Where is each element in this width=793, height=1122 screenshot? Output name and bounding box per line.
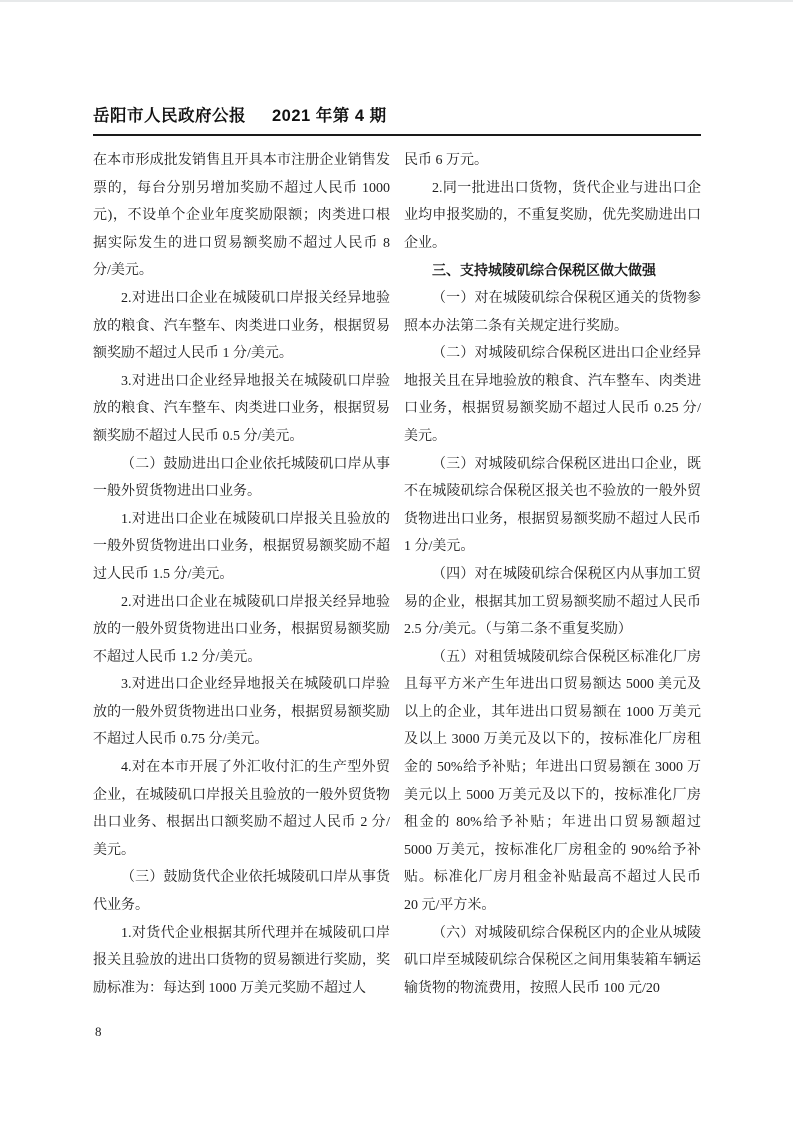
gazette-issue: 2021 年第 4 期 <box>272 107 387 125</box>
body-paragraph: 3.对进出口企业经异地报关在城陵矶口岸验放的粮食、汽车整车、肉类进口业务，根据贸… <box>93 368 390 451</box>
body-paragraph: 1.对货代企业根据其所代理并在城陵矶口岸报关且验放的进出口货物的贸易额进行奖励，… <box>93 920 390 1003</box>
body-paragraph: （二）鼓励进出口企业依托城陵矶口岸从事一般外贸货物进出口业务。 <box>93 451 390 506</box>
gazette-page: 岳阳市人民政府公报2021 年第 4 期 在本市形成批发销售且开具本市注册企业销… <box>0 0 793 1122</box>
body-paragraph: 民币 6 万元。 <box>404 147 701 175</box>
body-paragraph: 4.对在本市开展了外汇收付汇的生产型外贸企业，在城陵矶口岸报关且验放的一般外贸货… <box>93 754 390 864</box>
body-paragraph: （一）对在城陵矶综合保税区通关的货物参照本办法第二条有关规定进行奖励。 <box>404 285 701 340</box>
gazette-title: 岳阳市人民政府公报 <box>93 107 246 125</box>
body-paragraph: 2.同一批进出口货物，货代企业与进出口企业均申报奖励的，不重复奖励，优先奖励进出… <box>404 175 701 258</box>
two-column-body: 在本市形成批发销售且开具本市注册企业销售发票的，每台分别另增加奖励不超过人民币 … <box>93 147 701 1019</box>
body-paragraph: （六）对城陵矶综合保税区内的企业从城陵矶口岸至城陵矶综合保税区之间用集装箱车辆运… <box>404 920 701 1003</box>
body-paragraph: （五）对租赁城陵矶综合保税区标准化厂房且每平方米产生年进出口贸易额达 5000 … <box>404 644 701 920</box>
page-content: 岳阳市人民政府公报2021 年第 4 期 在本市形成批发销售且开具本市注册企业销… <box>93 102 701 1019</box>
body-paragraph: 3.对进出口企业经异地报关在城陵矶口岸验放的一般外贸货物进出口业务，根据贸易额奖… <box>93 671 390 754</box>
scan-edge <box>0 0 793 2</box>
page-number: 8 <box>95 1024 102 1040</box>
body-paragraph: （三）鼓励货代企业依托城陵矶口岸从事货代业务。 <box>93 864 390 919</box>
running-header: 岳阳市人民政府公报2021 年第 4 期 <box>93 102 701 136</box>
body-paragraph: （二）对城陵矶综合保税区进出口企业经异地报关且在异地验放的粮食、汽车整车、肉类进… <box>404 340 701 450</box>
body-paragraph: （三）对城陵矶综合保税区进出口企业，既不在城陵矶综合保税区报关也不验放的一般外贸… <box>404 451 701 561</box>
body-paragraph: 2.对进出口企业在城陵矶口岸报关经异地验放的一般外贸货物进出口业务，根据贸易额奖… <box>93 589 390 672</box>
body-paragraph: 2.对进出口企业在城陵矶口岸报关经异地验放的粮食、汽车整车、肉类进口业务，根据贸… <box>93 285 390 368</box>
right-column: 民币 6 万元。2.同一批进出口货物，货代企业与进出口企业均申报奖励的，不重复奖… <box>404 147 701 1019</box>
section-heading: 三、支持城陵矶综合保税区做大做强 <box>404 257 701 285</box>
left-column: 在本市形成批发销售且开具本市注册企业销售发票的，每台分别另增加奖励不超过人民币 … <box>93 147 390 1019</box>
body-paragraph: 在本市形成批发销售且开具本市注册企业销售发票的，每台分别另增加奖励不超过人民币 … <box>93 147 390 285</box>
body-paragraph: 1.对进出口企业在城陵矶口岸报关且验放的一般外贸货物进出口业务，根据贸易额奖励不… <box>93 506 390 589</box>
body-paragraph: （四）对在城陵矶综合保税区内从事加工贸易的企业，根据其加工贸易额奖励不超过人民币… <box>404 561 701 644</box>
